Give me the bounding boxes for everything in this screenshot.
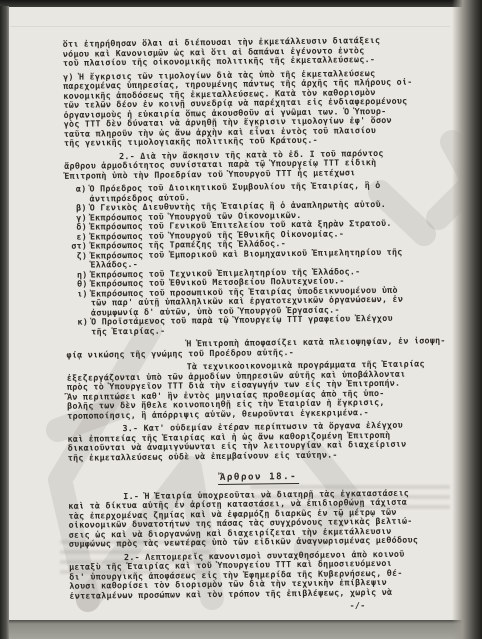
clause-c-paragraph: γ) Ἡ ἔγκρισις τῶν τιμολογίων διὰ τὰς ὑπὸ… bbox=[63, 68, 445, 149]
list-item-text: Ἐκπρόσωπος τοῦ προσωπικοῦ τῆς Ἑταιρίας ὑ… bbox=[91, 285, 447, 318]
list-item-label: α) bbox=[64, 185, 89, 204]
list-item-text: Ὁ Προϊστάμενος τοῦ παρὰ τῷ Ὑπουργείῳ ΤΤΤ… bbox=[91, 313, 447, 336]
page-continuation-mark: -/- bbox=[70, 600, 451, 614]
paragraph-3: 3.- Κατ' οὐδεμίαν ἑτέραν περίπτωσιν τὰ ὄ… bbox=[67, 420, 448, 463]
list-item: κ) Ὁ Προϊστάμενος τοῦ παρὰ τῷ Ὑπουργείῳ … bbox=[66, 313, 447, 337]
committee-members-list: α) Ὁ Πρόεδρος τοῦ Διοικητικοῦ Συμβουλίου… bbox=[64, 180, 447, 337]
committee-vote-paragraph: Ἡ Ἐπιτροπὴ ἀποφασίζει κατὰ πλειοψηφίαν, … bbox=[66, 336, 447, 360]
intro-paragraph: ὅτι ἐτηρήθησαν ὅλαι αἱ διέπουσαι τὴν ἐκμ… bbox=[63, 35, 444, 68]
document-page: ὅτι ἐτηρήθησαν ὅλαι αἱ διέπουσαι τὴν ἐκμ… bbox=[9, 7, 454, 625]
scan-edge-top bbox=[0, 0, 482, 7]
list-item-label: ζ) bbox=[65, 251, 90, 270]
article-18-heading: Ἄρθρον 18.- bbox=[68, 470, 449, 484]
scan-edge-right bbox=[452, 0, 482, 639]
article18-paragraph-2: 2.- Λεπτομερεῖς κανονισμοὶ συνταχθησόμεν… bbox=[69, 549, 451, 601]
scan-edge-left bbox=[0, 6, 9, 639]
scan-edge-bottom bbox=[0, 620, 482, 639]
paragraph-2: 2.- Διὰ τὴν ἄσκησιν τῆς κατὰ τὸ ἐδ. Ι το… bbox=[64, 148, 445, 181]
programs-paragraph: Τὰ τεχνικοοικονομικὰ προγράμματα τῆς Ἑτα… bbox=[67, 359, 449, 421]
list-item-label: ι) bbox=[66, 289, 91, 318]
article18-paragraph-1: Ι.- Ἡ Ἑταιρία ὑποχρεοῦται νὰ διατηρῇ τὰς… bbox=[68, 488, 450, 550]
document-text-block: ὅτι ἐτηρήθησαν ὅλαι αἱ διέπουσαι τὴν ἐκμ… bbox=[8, 2, 460, 615]
list-item-label: κ) bbox=[66, 318, 91, 337]
